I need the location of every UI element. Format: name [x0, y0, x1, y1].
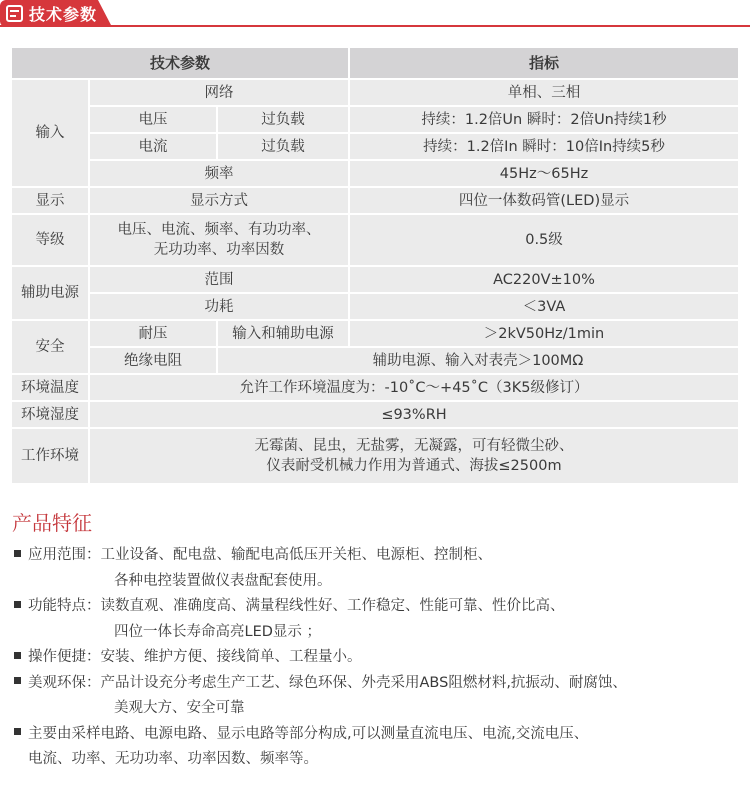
table-row: 电压 过负载 持续：1.2倍Un 瞬时：2倍Un持续1秒: [12, 107, 738, 132]
row-label-display: 显示: [12, 188, 88, 213]
param-withstand-sub: 输入和辅助电源: [218, 321, 348, 346]
section-title: 技术参数: [29, 2, 97, 25]
feature-text-cont: 四位一体长寿命高亮LED显示 ；: [14, 620, 627, 646]
value-env-temp: 允许工作环境温度为：-10˚C～+45˚C（3K5级修订）: [90, 375, 738, 400]
value-withstand: ＞2kV50Hz/1min: [350, 321, 738, 346]
value-current-overload: 持续：1.2倍In 瞬时：10倍In持续5秒: [350, 134, 738, 159]
table-row: 电流 过负载 持续：1.2倍In 瞬时：10倍In持续5秒: [12, 134, 738, 159]
row-label-env-temp: 环境温度: [12, 375, 88, 400]
table-row: 功耗 ＜3VA: [12, 294, 738, 319]
value-frequency: 45Hz～65Hz: [350, 161, 738, 186]
value-grade: 0.5级: [350, 215, 738, 265]
column-header-value: 指标: [350, 48, 738, 78]
value-env-humidity: ≤93%RH: [90, 402, 738, 427]
table-row: 环境温度 允许工作环境温度为：-10˚C～+45˚C（3K5级修订）: [12, 375, 738, 400]
param-grade: 电压、电流、频率、有功功率、 无功功率、功率因数: [90, 215, 348, 265]
feature-text-cont: 美观大方、安全可靠: [14, 696, 627, 722]
table-row: 频率 45Hz～65Hz: [12, 161, 738, 186]
square-bullet-icon: [14, 728, 21, 735]
header-divider: [0, 25, 750, 27]
value-voltage-overload: 持续：1.2倍Un 瞬时：2倍Un持续1秒: [350, 107, 738, 132]
row-label-aux-power: 辅助电源: [12, 267, 88, 319]
row-label-env-humidity: 环境湿度: [12, 402, 88, 427]
table-header-row: 技术参数 指标: [12, 48, 738, 78]
list-item: 功能特点：读数直观、准确度高、满量程线性好、工作稳定、性能可靠、性价比高、 四位…: [14, 594, 627, 645]
list-item: 美观环保：产品计设充分考虑生产工艺、绿色环保、外壳采用ABS阻燃材料,抗振动、耐…: [14, 671, 627, 722]
table-row: 显示 显示方式 四位一体数码管(LED)显示: [12, 188, 738, 213]
feature-text: 应用范围：工业设备、配电盘、输配电高低压开关柜、电源柜、控制柜、: [28, 547, 492, 563]
list-item: 操作便捷：安装、维护方便、接线简单、工程量小。: [14, 645, 627, 671]
param-consumption: 功耗: [90, 294, 348, 319]
feature-text: 操作便捷：安装、维护方便、接线简单、工程量小。: [28, 649, 362, 665]
param-frequency: 频率: [90, 161, 348, 186]
param-withstand: 耐压: [90, 321, 216, 346]
list-item: 主要由采样电路、电源电路、显示电路等部分构成,可以测量直流电压、电流,交流电压、…: [14, 722, 627, 773]
param-insulation: 绝缘电阻: [90, 348, 216, 373]
table-row: 环境湿度 ≤93%RH: [12, 402, 738, 427]
square-bullet-icon: [14, 550, 21, 557]
column-header-param: 技术参数: [12, 48, 348, 78]
document-list-icon: [6, 5, 23, 22]
row-label-work-env: 工作环境: [12, 429, 88, 483]
features-title: 产品特征: [12, 507, 92, 536]
square-bullet-icon: [14, 601, 21, 608]
value-work-env-line1: 无霉菌、昆虫，无盐雾，无凝露，可有轻微尘砂、: [94, 436, 734, 456]
value-network: 单相、三相: [350, 80, 738, 105]
param-network: 网络: [90, 80, 348, 105]
feature-text: 功能特点：读数直观、准确度高、满量程线性好、工作稳定、性能可靠、性价比高、: [28, 598, 565, 614]
param-range: 范围: [90, 267, 348, 292]
row-label-grade: 等级: [12, 215, 88, 265]
param-current-overload: 过负载: [218, 134, 348, 159]
square-bullet-icon: [14, 677, 21, 684]
header-tab: 技术参数: [0, 0, 112, 27]
value-work-env-line2: 仪表耐受机械力作用为普通式、海拔≤2500m: [94, 456, 734, 476]
table-row: 辅助电源 范围 AC220V±10%: [12, 267, 738, 292]
param-voltage: 电压: [90, 107, 216, 132]
feature-text: 美观环保：产品计设充分考虑生产工艺、绿色环保、外壳采用ABS阻燃材料,抗振动、耐…: [28, 675, 627, 691]
table-row: 工作环境 无霉菌、昆虫，无盐雾，无凝露，可有轻微尘砂、 仪表耐受机械力作用为普通…: [12, 429, 738, 483]
table-row: 绝缘电阻 辅助电源、输入对表壳＞100MΩ: [12, 348, 738, 373]
row-label-input: 输入: [12, 80, 88, 186]
param-display-mode: 显示方式: [90, 188, 348, 213]
table-row: 输入 网络 单相、三相: [12, 80, 738, 105]
param-grade-line1: 电压、电流、频率、有功功率、: [94, 220, 344, 240]
row-label-safety: 安全: [12, 321, 88, 373]
features-list: 应用范围：工业设备、配电盘、输配电高低压开关柜、电源柜、控制柜、 各种电控装置做…: [14, 543, 627, 773]
value-range: AC220V±10%: [350, 267, 738, 292]
feature-text: 主要由采样电路、电源电路、显示电路等部分构成,可以测量直流电压、电流,交流电压、: [28, 726, 588, 742]
param-grade-line2: 无功功率、功率因数: [94, 240, 344, 260]
table-row: 安全 耐压 输入和辅助电源 ＞2kV50Hz/1min: [12, 321, 738, 346]
list-item: 应用范围：工业设备、配电盘、输配电高低压开关柜、电源柜、控制柜、 各种电控装置做…: [14, 543, 627, 594]
value-consumption: ＜3VA: [350, 294, 738, 319]
value-display-mode: 四位一体数码管(LED)显示: [350, 188, 738, 213]
square-bullet-icon: [14, 652, 21, 659]
value-work-env: 无霉菌、昆虫，无盐雾，无凝露，可有轻微尘砂、 仪表耐受机械力作用为普通式、海拔≤…: [90, 429, 738, 483]
section-header: 技术参数: [0, 0, 750, 30]
param-voltage-overload: 过负载: [218, 107, 348, 132]
value-insulation: 辅助电源、输入对表壳＞100MΩ: [218, 348, 738, 373]
feature-text-cont: 电流、功率、无功功率、功率因数、频率等。: [14, 747, 627, 773]
table-row: 等级 电压、电流、频率、有功功率、 无功功率、功率因数 0.5级: [12, 215, 738, 265]
param-current: 电流: [90, 134, 216, 159]
feature-text-cont: 各种电控装置做仪表盘配套使用。: [14, 569, 627, 595]
spec-table: 技术参数 指标 输入 网络 单相、三相 电压 过负载 持续：1.2倍Un 瞬时：…: [10, 46, 740, 485]
